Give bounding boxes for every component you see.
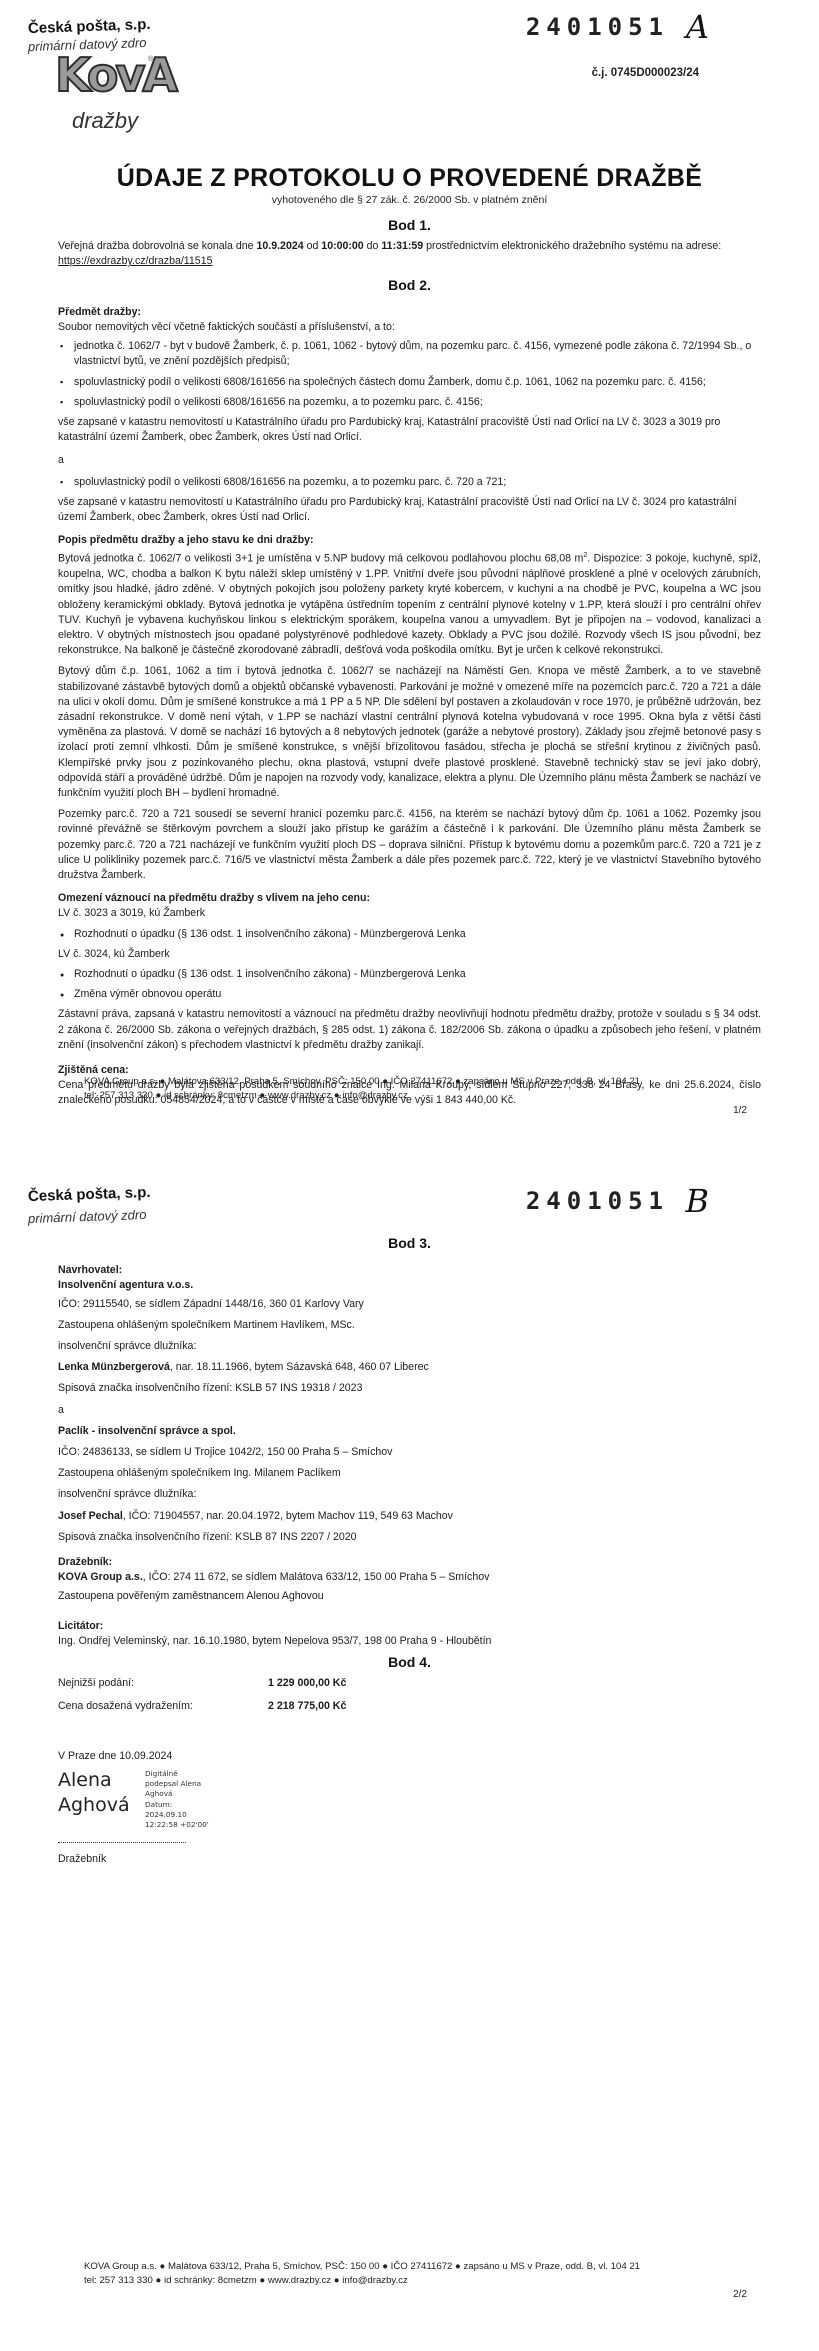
registry-a: vše zapsané v katastru nemovitostí u Kat… — [58, 415, 761, 445]
debtor2-details: , IČO: 71904557, nar. 20.04.1972, bytem … — [123, 1510, 453, 1522]
auction-text: do — [364, 240, 382, 252]
signature-name-line: Alena — [58, 1768, 130, 1793]
auctioneer-info: KOVA Group a.s., IČO: 274 11 672, se síd… — [58, 1570, 761, 1585]
bod4-row: Nejnižší podání: 1 229 000,00 Kč — [58, 1676, 761, 1691]
bod4-value: 1 229 000,00 Kč — [268, 1676, 346, 1691]
description-paragraph-2: Bytový dům č.p. 1061, 1062 a tím i bytov… — [58, 664, 761, 801]
document-letter: B — [685, 1178, 709, 1224]
list-item: spoluvlastnický podíl o velikosti 6808/1… — [58, 395, 761, 410]
signature-meta-line: Aghová — [145, 1789, 209, 1799]
list-item: spoluvlastnický podíl o velikosti 6808/1… — [58, 375, 761, 390]
debtor1-case: Spisová značka insolvenčního řízení: KSL… — [58, 1381, 761, 1396]
subject-items-a: jednotka č. 1062/7 - byt v budově Žamber… — [58, 339, 761, 410]
proposer-label: Navrhovatel: — [58, 1263, 761, 1278]
page-number: 1/2 — [733, 1104, 747, 1119]
signature-role: Dražebník — [58, 1852, 761, 1867]
signature-name: Alena Aghová — [58, 1768, 130, 1818]
proposer2-line: IČO: 24836133, se sídlem U Trojice 1042/… — [58, 1445, 761, 1460]
auction-date: 10.9.2024 — [256, 240, 303, 252]
proposer1-line: Zastoupena ohlášeným společníkem Martine… — [58, 1318, 761, 1333]
signature-meta-line: 2024.09.10 — [145, 1810, 209, 1820]
description-paragraph-3: Pozemky parc.č. 720 a 721 sousedí se sev… — [58, 807, 761, 883]
registry-b: vše zapsané v katastru nemovitostí u Kat… — [58, 495, 761, 525]
place-date: V Praze dne 10.09.2024 — [58, 1749, 761, 1764]
description-paragraph-1: Bytová jednotka č. 1062/7 o velikosti 3+… — [58, 548, 761, 658]
licitator-text: Ing. Ondřej Veleminský, nar. 16.10.1980,… — [58, 1634, 761, 1649]
list-item: Rozhodnutí o úpadku (§ 136 odst. 1 insol… — [58, 927, 761, 942]
auction-url-link[interactable]: https://exdrazby.cz/drazba/11515 — [58, 255, 212, 267]
subject-intro: Soubor nemovitých věcí včetně faktických… — [58, 320, 761, 335]
proposer1-line: IČO: 29115540, se sídlem Západní 1448/16… — [58, 1297, 761, 1312]
auctioneer-rep: Zastoupena pověřeným zaměstnancem Alenou… — [58, 1589, 761, 1604]
bod4-label: Cena dosažená vydražením: — [58, 1699, 268, 1714]
auction-time-to: 11:31:59 — [381, 240, 423, 252]
section-heading-bod1: Bod 1. — [58, 218, 761, 233]
postal-stamp-org: Česká pošta, s.p. — [28, 1182, 151, 1208]
description-label: Popis předmětu dražby a jeho stavu ke dn… — [58, 533, 761, 548]
bod4-row: Cena dosažená vydražením: 2 218 775,00 K… — [58, 1699, 761, 1714]
auctioneer-label: Dražebník: — [58, 1555, 761, 1570]
signature-dotted-line — [58, 1842, 186, 1843]
postal-stamp-sub: primární datový zdro — [28, 1206, 147, 1229]
restrictions-label: Omezení váznoucí na předmětu dražby s vl… — [58, 891, 761, 906]
page-subtitle: vyhotoveného dle § 27 zák. č. 26/2000 Sb… — [0, 193, 819, 208]
restrictions-lv1: LV č. 3023 a 3019, kú Žamberk — [58, 906, 761, 921]
description-text: . Dispozice: 3 pokoje, kuchyně, spíž, ko… — [58, 553, 761, 656]
bod4-value: 2 218 775,00 Kč — [268, 1699, 346, 1714]
debtor2-case: Spisová značka insolvenčního řízení: KSL… — [58, 1530, 761, 1545]
section-heading-bod4: Bod 4. — [58, 1655, 761, 1670]
signature-meta-line: 12:22:58 +02'00' — [145, 1820, 209, 1830]
page-2: Česká pošta, s.p. primární datový zdro 2… — [0, 1170, 819, 2351]
debtor1-info: Lenka Münzbergerová, nar. 18.11.1966, by… — [58, 1360, 761, 1375]
proposer2-line: insolvenční správce dlužníka: — [58, 1487, 761, 1502]
debtor2-info: Josef Pechal, IČO: 71904557, nar. 20.04.… — [58, 1509, 761, 1524]
auction-text: Veřejná dražba dobrovolná se konala dne — [58, 240, 256, 252]
footer-line-2: tel: 257 313 330 ● id schránky: 8cmetzm … — [84, 2274, 640, 2288]
auctioneer-name: KOVA Group a.s. — [58, 1571, 143, 1583]
proposer2-line: Zastoupena ohlášeným společníkem Ing. Mi… — [58, 1466, 761, 1481]
bod4-label: Nejnižší podání: — [58, 1676, 268, 1691]
auctioneer-details: , IČO: 274 11 672, se sídlem Malátova 63… — [143, 1571, 490, 1583]
page1-footer: KOVA Group a.s. ● Malátova 633/12, Praha… — [84, 1075, 640, 1103]
debtor1-details: , nar. 18.11.1966, bytem Sázavská 648, 4… — [170, 1361, 429, 1373]
document-number: 2401051 — [526, 1184, 669, 1219]
page-1: Česká pošta, s.p. primární datový zdro 2… — [0, 0, 819, 1150]
section-heading-bod2: Bod 2. — [58, 278, 761, 293]
signature-meta-line: podepsal Alena — [145, 1779, 209, 1789]
list-item: spoluvlastnický podíl o velikosti 6808/1… — [58, 475, 761, 490]
restrictions-lv2-items: Rozhodnutí o úpadku (§ 136 odst. 1 insol… — [58, 967, 761, 1002]
restrictions-lv2: LV č. 3024, kú Žamberk — [58, 947, 761, 962]
page-number: 2/2 — [733, 2288, 747, 2303]
list-item: Změna výměr obnovou operátu — [58, 987, 761, 1002]
subject-label: Předmět dražby: — [58, 305, 761, 320]
list-item: jednotka č. 1062/7 - byt v budově Žamber… — [58, 339, 761, 369]
signature-name-line: Aghová — [58, 1793, 130, 1818]
logo-subtitle: dražby — [72, 105, 138, 137]
and-text: a — [58, 1403, 761, 1418]
auction-info: Veřejná dražba dobrovolná se konala dne … — [58, 239, 761, 269]
page2-footer: KOVA Group a.s. ● Malátova 633/12, Praha… — [84, 2260, 640, 2288]
list-item: Rozhodnutí o úpadku (§ 136 odst. 1 insol… — [58, 967, 761, 982]
description-text: Bytová jednotka č. 1062/7 o velikosti 3+… — [58, 553, 583, 565]
section-heading-bod3: Bod 3. — [58, 1236, 761, 1251]
footer-line-1: KOVA Group a.s. ● Malátova 633/12, Praha… — [84, 1075, 640, 1089]
subject-items-b: spoluvlastnický podíl o velikosti 6808/1… — [58, 475, 761, 490]
restrictions-lv1-items: Rozhodnutí o úpadku (§ 136 odst. 1 insol… — [58, 927, 761, 942]
page-title: ÚDAJE Z PROTOKOLU O PROVEDENÉ DRAŽBĚ — [0, 160, 819, 196]
footer-line-1: KOVA Group a.s. ● Malátova 633/12, Praha… — [84, 2260, 640, 2274]
auction-time-from: 10:00:00 — [321, 240, 363, 252]
debtor2-name: Josef Pechal — [58, 1510, 123, 1522]
footer-line-2: tel: 257 313 330 ● id schránky: 8cmetzm … — [84, 1089, 640, 1103]
restrictions-note: Zástavní práva, zapsaná v katastru nemov… — [58, 1007, 761, 1053]
page2-content: Bod 3. Navrhovatel: Insolvenční agentura… — [58, 1230, 761, 1867]
registered-mark-icon: ® — [148, 55, 153, 65]
signature-meta-line: Digitálně — [145, 1769, 209, 1779]
auction-text: prostřednictvím elektronického dražebníh… — [423, 240, 721, 252]
signature-meta-line: Datum: — [145, 1800, 209, 1810]
digital-signature: Alena Aghová Digitálně podepsal Alena Ag… — [58, 1764, 258, 1834]
proposer1-name: Insolvenční agentura v.o.s. — [58, 1278, 761, 1293]
auction-text: od — [304, 240, 322, 252]
debtor1-name: Lenka Münzbergerová — [58, 1361, 170, 1373]
signature-meta: Digitálně podepsal Alena Aghová Datum: 2… — [145, 1769, 209, 1831]
reference-number: č.j. 0745D000023/24 — [592, 65, 699, 82]
document-letter: A — [686, 4, 709, 50]
page1-content: Bod 1. Veřejná dražba dobrovolná se kona… — [58, 212, 761, 1113]
proposer2-name: Paclík - insolvenční správce a spol. — [58, 1424, 761, 1439]
document-number: 2401051 — [526, 10, 669, 45]
licitator-label: Licitátor: — [58, 1619, 761, 1634]
proposer1-line: insolvenční správce dlužníka: — [58, 1339, 761, 1354]
and-text: a — [58, 453, 761, 468]
